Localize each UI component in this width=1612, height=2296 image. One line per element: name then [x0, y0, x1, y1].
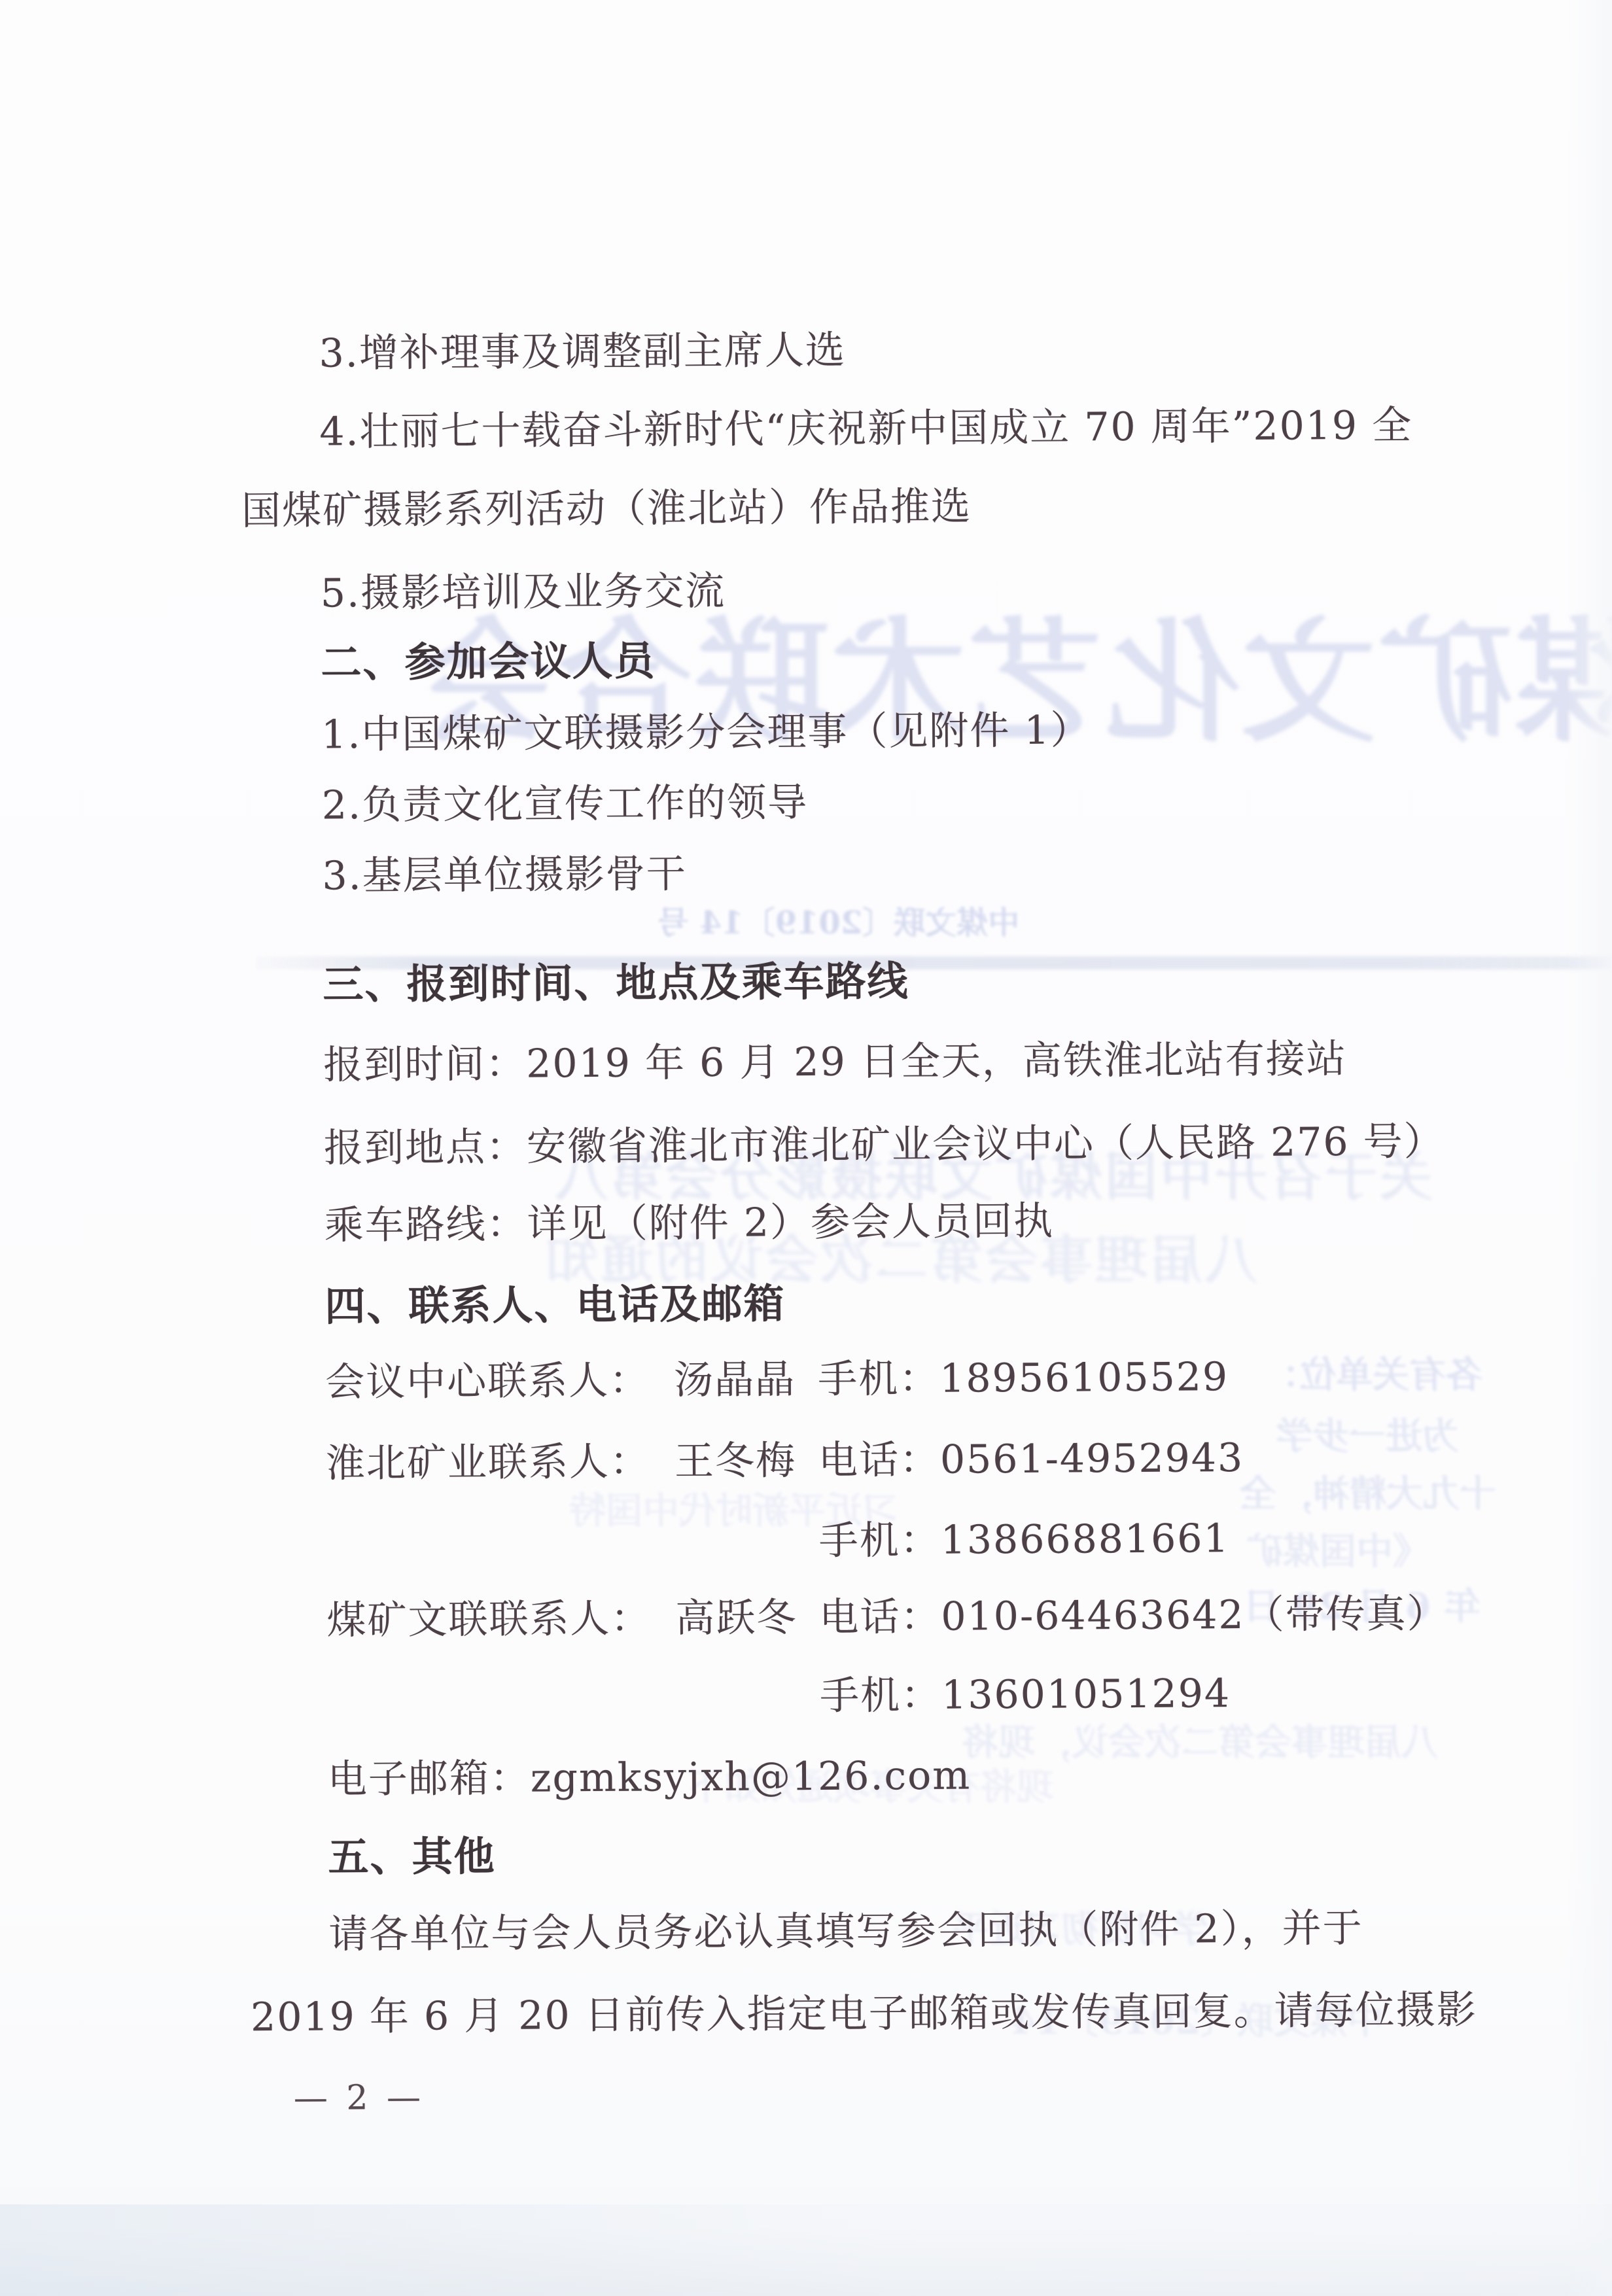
doc-text-line: 王冬梅: [675, 1429, 797, 1486]
doc-text-line: 5.摄影培训及业务交流: [321, 560, 726, 619]
doc-text-line: 4.壮丽七十载奋斗新时代“庆祝新中国成立 70 周年”2019 全: [319, 394, 1412, 457]
doc-text-line: 淮北矿业联系人：: [326, 1431, 651, 1489]
doc-text-line: 电子邮箱：zgmksyjxh@126.com: [328, 1745, 972, 1805]
doc-text-line: 电话：0561-4952943: [818, 1427, 1244, 1486]
doc-text-line: 高跃冬: [675, 1586, 797, 1643]
doc-text-line: 2.负责文化宣传工作的领导: [322, 771, 809, 831]
doc-text-line: 煤矿文联联系人：: [326, 1587, 652, 1645]
doc-heading-line: 五、其他: [328, 1824, 496, 1883]
document-text-layer: 3.增补理事及调整副主席人选4.壮丽七十载奋斗新时代“庆祝新中国成立 70 周年…: [0, 0, 1612, 2296]
doc-text-line: 汤晶晶: [674, 1348, 796, 1405]
doc-text-line: 手机：18956105529: [818, 1346, 1229, 1404]
doc-heading-line: 四、联系人、电话及邮箱: [324, 1271, 786, 1332]
scanned-document-page: 中国煤矿文化艺术联合会中煤文联〔2019〕14 号关于召开中国煤矿文联摄影分会第…: [0, 0, 1612, 2296]
doc-text-line: 2019 年 6 月 20 日前传入指定电子邮箱或发传真回复。请每位摄影: [251, 1979, 1477, 2042]
doc-text-line: 请各单位与会人员务必认真填写参会回执（附件 2），并于: [328, 1897, 1363, 1960]
doc-text-line: 报到时间：2019 年 6 月 29 日全天，高铁淮北站有接站: [323, 1028, 1347, 1090]
doc-text-line: 报到地点：安徽省淮北市淮北矿业会议中心（人民路 276 号）: [324, 1110, 1445, 1173]
page-number: — 2 —: [294, 2078, 425, 2118]
doc-text-line: 手机：13601051294: [820, 1662, 1231, 1721]
doc-text-line: 3.基层单位摄影骨干: [322, 843, 687, 901]
doc-text-line: 3.增补理事及调整副主席人选: [319, 319, 846, 379]
doc-text-line: 手机：13866881661: [818, 1507, 1229, 1566]
doc-heading-line: 二、参加会议人员: [321, 628, 656, 688]
doc-text-line: 电话：010-64463642（带传真）: [819, 1582, 1448, 1643]
doc-heading-line: 三、报到时间、地点及乘车路线: [323, 948, 909, 1010]
doc-text-line: 会议中心联系人：: [325, 1349, 650, 1408]
doc-text-line: 乘车路线：详见（附件 2）参会人员回执: [324, 1190, 1054, 1251]
doc-text-line: 1.中国煤矿文联摄影分会理事（见附件 1）: [321, 699, 1091, 759]
doc-text-line: 国煤矿摄影系列活动（淮北站）作品推选: [241, 475, 972, 536]
